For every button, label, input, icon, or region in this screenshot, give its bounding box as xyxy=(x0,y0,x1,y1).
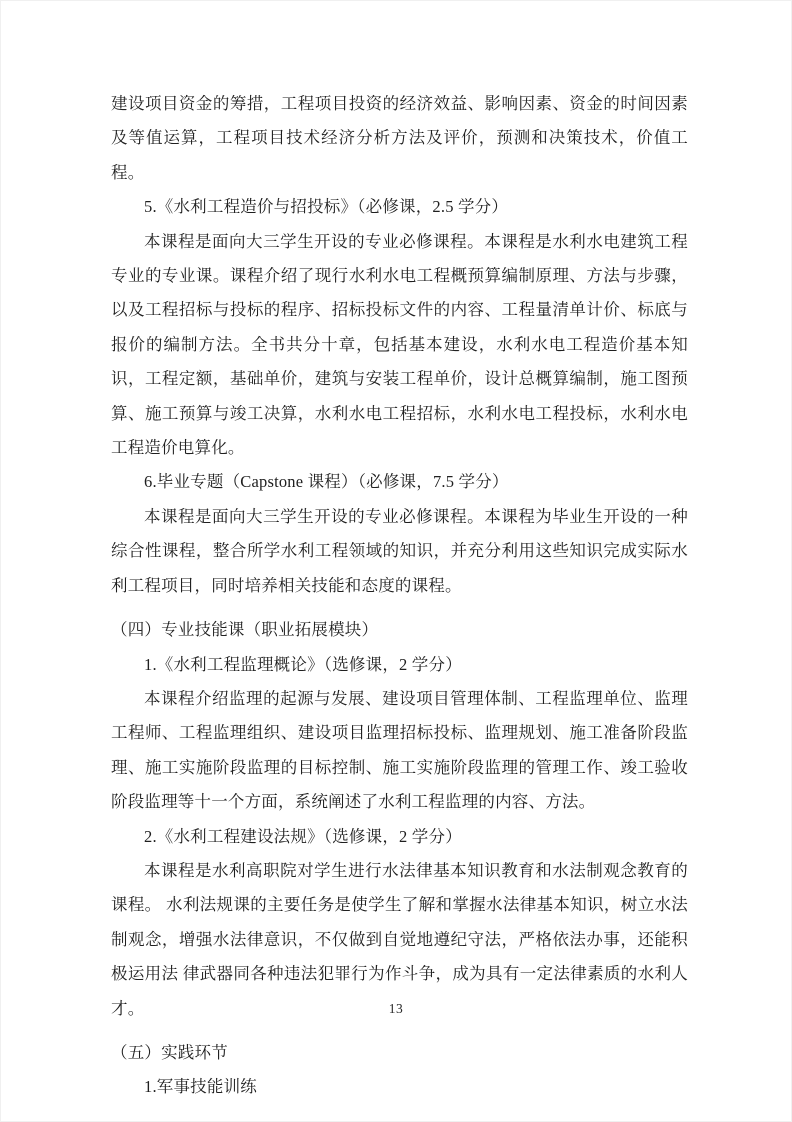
page-footer: 13 xyxy=(1,1000,791,1018)
section-heading: （四）专业技能课（职业拓展模块） xyxy=(111,613,688,647)
body-paragraph: 本课程是面向大三学生开设的专业必修课程。本课程是水利水电建筑工程专业的专业课。课… xyxy=(111,225,688,466)
document-page: 建设项目资金的筹措，工程项目投资的经济效益、影响因素、资金的时间因素及等值运算，… xyxy=(0,0,792,1122)
document-body: 建设项目资金的筹措，工程项目投资的经济效益、影响因素、资金的时间因素及等值运算，… xyxy=(111,87,688,1105)
body-paragraph-continuation: 建设项目资金的筹措，工程项目投资的经济效益、影响因素、资金的时间因素及等值运算，… xyxy=(111,87,688,190)
section-heading: （五）实践环节 xyxy=(111,1036,688,1070)
course-title-line: 1.军事技能训练 xyxy=(111,1070,688,1104)
body-paragraph: 本课程是面向大三学生开设的专业必修课程。本课程为毕业生开设的一种综合性课程，整合… xyxy=(111,500,688,603)
body-paragraph: 本课程介绍监理的起源与发展、建设项目管理体制、工程监理单位、监理工程师、工程监理… xyxy=(111,682,688,820)
course-title-line: 5.《水利工程造价与招投标》（必修课，2.5 学分） xyxy=(111,190,688,224)
course-title-line: 2.《水利工程建设法规》（选修课，2 学分） xyxy=(111,820,688,854)
page-number: 13 xyxy=(389,1001,404,1016)
course-title-line: 1.《水利工程监理概论》（选修课，2 学分） xyxy=(111,648,688,682)
course-title-line: 6.毕业专题（Capstone 课程）（必修课，7.5 学分） xyxy=(111,465,688,499)
